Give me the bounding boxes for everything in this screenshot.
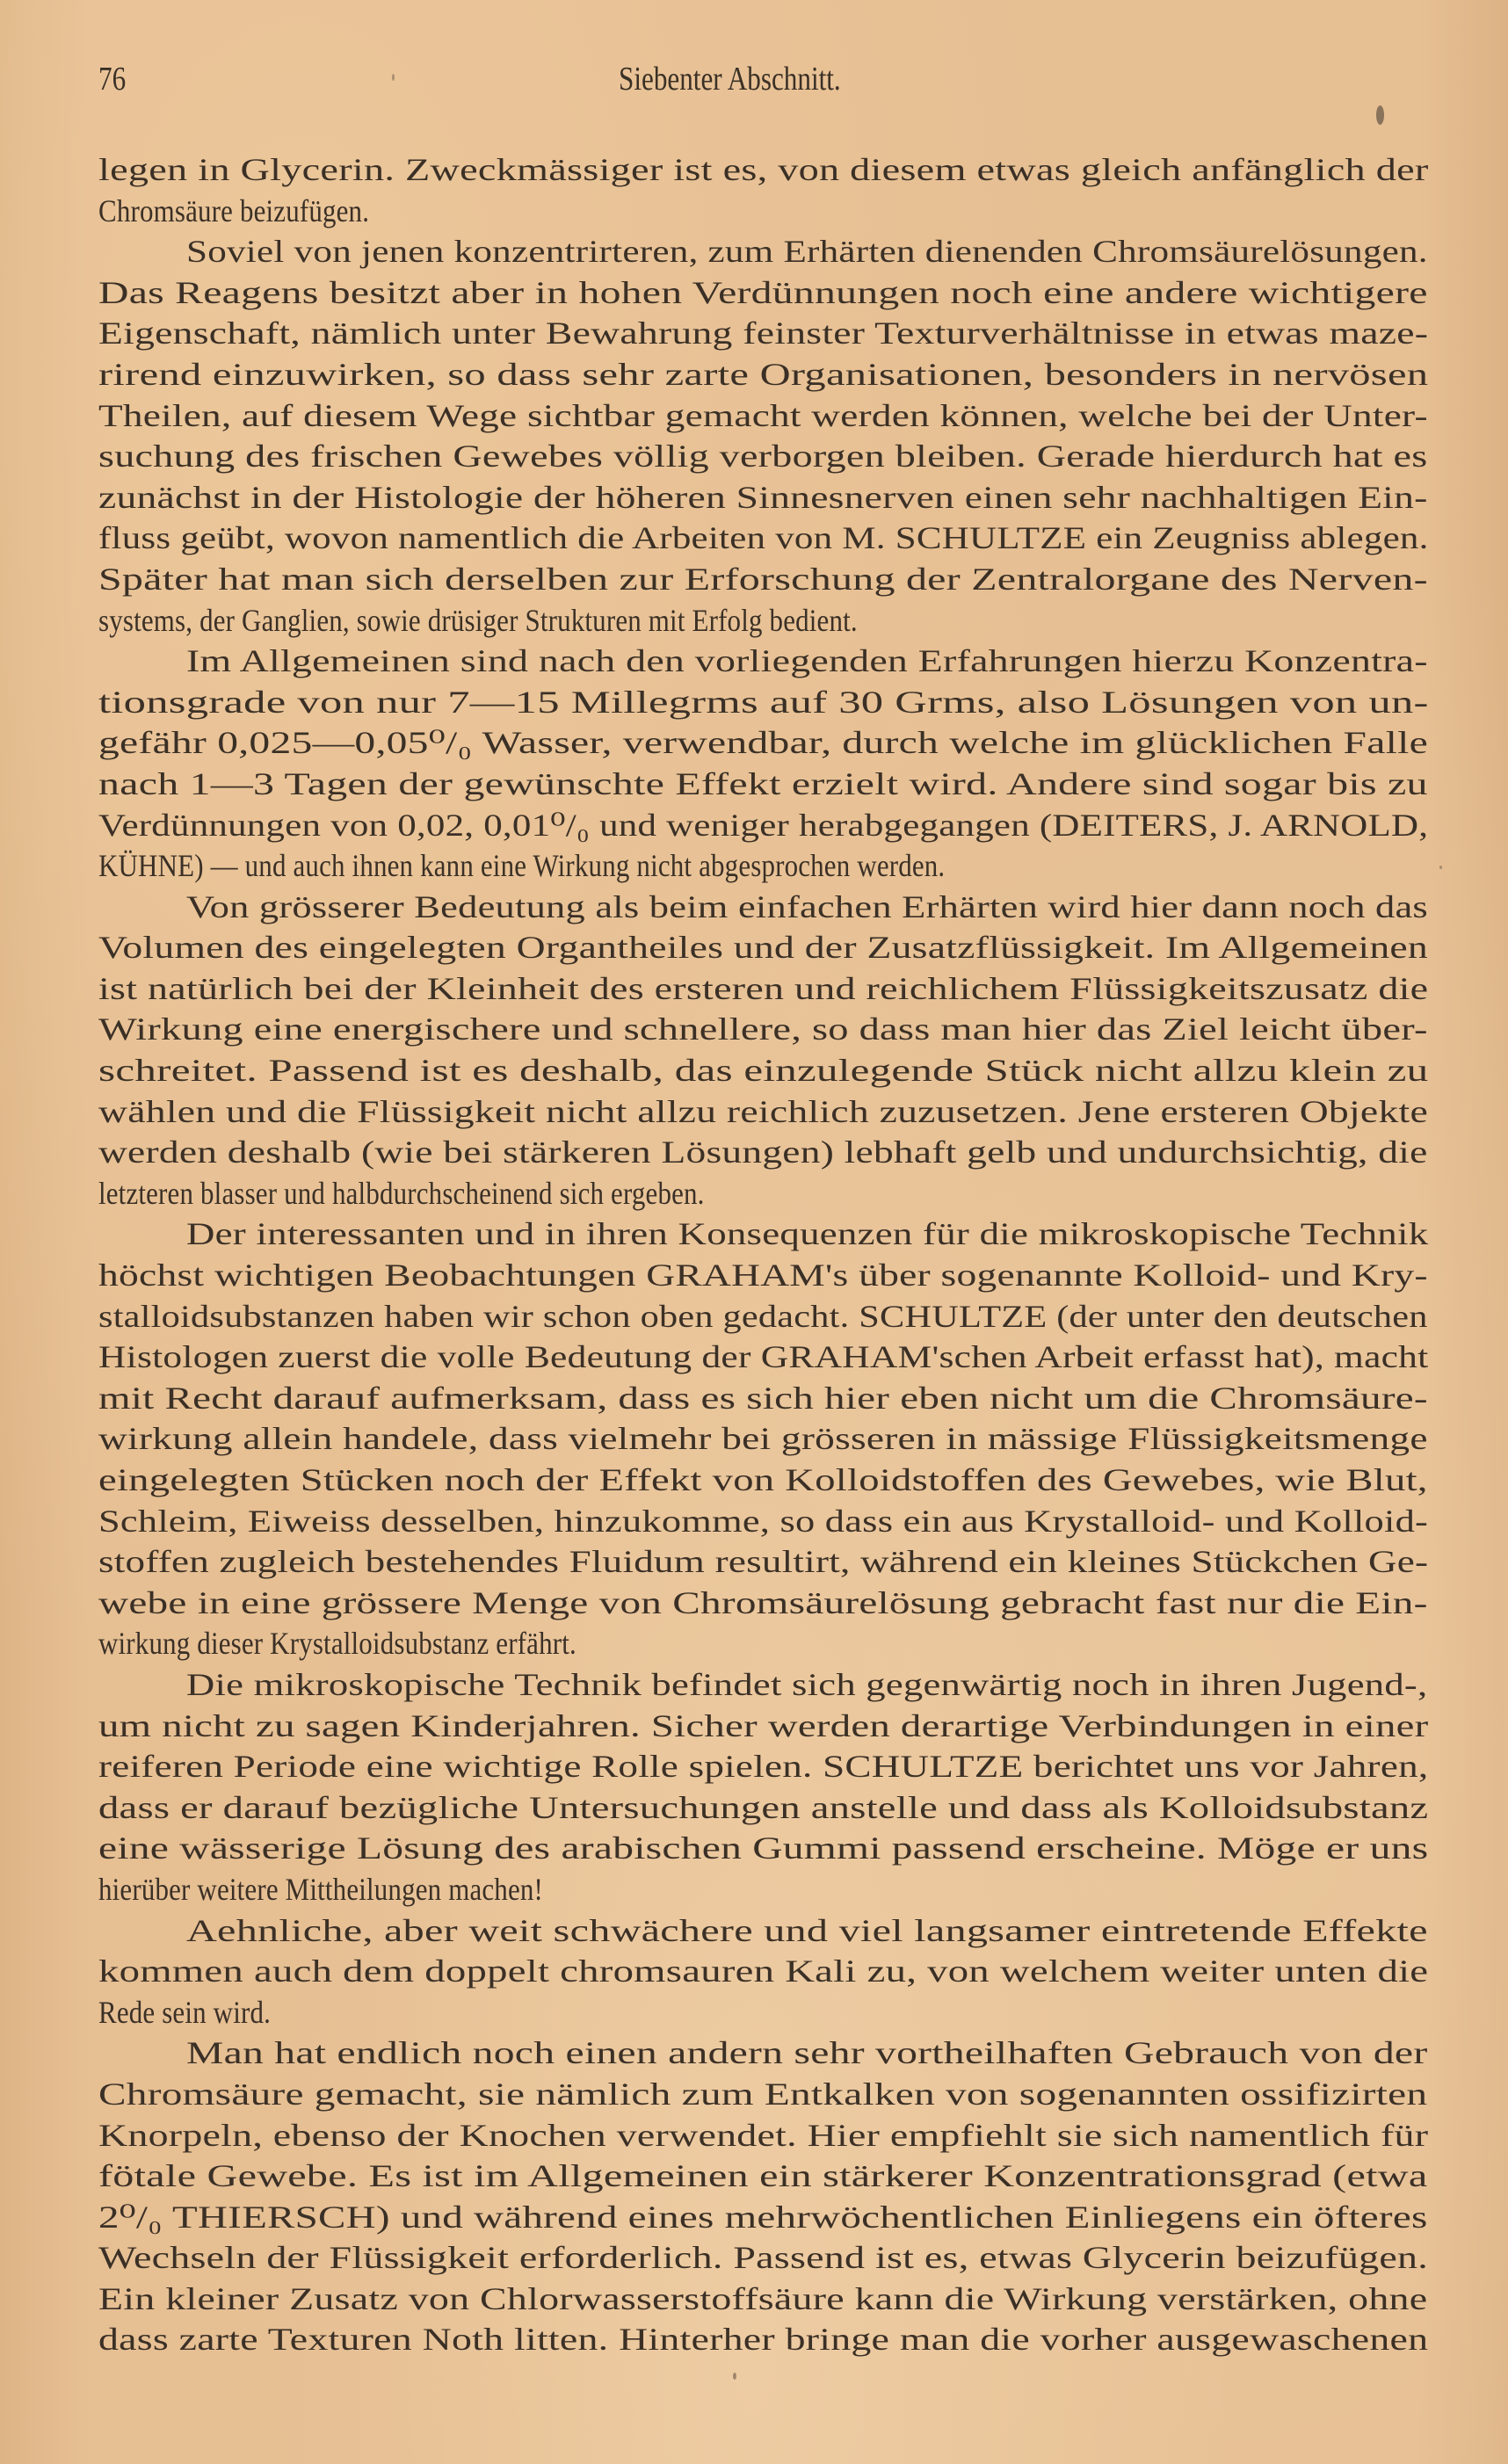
text-line: Schleim, Eiweiss desselben, hinzukomme, … [98,1501,1428,1542]
text-line: rirend einzuwirken, so dass sehr zarte O… [98,354,1428,395]
line-text: Chromsäure gemacht, sie nämlich zum Entk… [98,2074,1427,2115]
line-text: tionsgrade von nur 7—15 Millegrms auf 30… [98,682,1429,723]
line-text: dass er darauf bezügliche Untersuchungen… [98,1787,1428,1829]
text-line: Verdünnungen von 0,02, 0,01⁰/₀ und wenig… [98,805,1428,846]
running-head: 76 Siebenter Abschnitt. [98,60,1425,104]
line-text: systems, der Ganglien, sowie drüsiger St… [98,600,858,641]
text-line: fluss geübt, wovon namentlich die Arbeit… [98,518,1428,559]
line-text: Volumen des eingelegten Organtheiles und… [98,927,1428,968]
text-line: Theilen, auf diesem Wege sichtbar gemach… [98,395,1428,437]
text-line: Wechseln der Flüssigkeit erforderlich. P… [98,2237,1428,2279]
text-line: zunächst in der Histologie der höheren S… [98,477,1428,518]
paragraph-first-line: Man hat endlich noch einen andern sehr v… [98,2033,1428,2074]
line-text: Rede sein wird. [98,1992,271,2033]
text-line: ist natürlich bei der Kleinheit des erst… [98,968,1428,1010]
line-text: dass zarte Texturen Noth litten. Hinterh… [98,2319,1428,2360]
line-text: Eigenschaft, nämlich unter Bewahrung fei… [98,313,1428,354]
line-text: Von grösserer Bedeutung als beim einfach… [186,887,1428,928]
text-line: eine wässerige Lösung des arabischen Gum… [98,1828,1428,1869]
text-line: mit Recht darauf aufmerksam, dass es sic… [98,1378,1428,1419]
text-line: Chromsäure beizufügen. [98,191,1428,232]
line-text: Chromsäure beizufügen. [98,191,369,232]
text-line: Histologen zuerst die volle Bedeutung de… [98,1337,1428,1378]
text-line: gefähr 0,025—0,05⁰/₀ Wasser, verwendbar,… [98,722,1428,764]
text-line: Das Reagens besitzt aber in hohen Verdün… [98,272,1428,314]
line-text: suchung des frischen Gewebes völlig verb… [98,436,1427,477]
text-line: Eigenschaft, nämlich unter Bewahrung fei… [98,313,1428,354]
line-text: fötale Gewebe. Es ist im Allgemeinen ein… [98,2156,1427,2197]
text-line: dass zarte Texturen Noth litten. Hinterh… [98,2319,1428,2360]
paragraph-first-line: Von grösserer Bedeutung als beim einfach… [98,887,1428,928]
text-line: wählen und die Flüssigkeit nicht allzu r… [98,1091,1428,1133]
line-text: legen in Glycerin. Zweckmässiger ist es,… [98,149,1429,191]
line-text: fluss geübt, wovon namentlich die Arbeit… [98,518,1429,559]
text-line: webe in eine grössere Menge von Chromsäu… [98,1583,1428,1624]
text-line: legen in Glycerin. Zweckmässiger ist es,… [98,149,1428,191]
text-line: letzteren blasser und halbdurchscheinend… [98,1173,1428,1214]
text-line: Rede sein wird. [98,1992,1428,2033]
line-text: Später hat man sich derselben zur Erfors… [98,559,1428,600]
paragraph-first-line: Aehnliche, aber weit schwächere und viel… [98,1910,1428,1952]
line-text: Das Reagens besitzt aber in hohen Verdün… [98,272,1428,314]
text-line: schreitet. Passend ist es deshalb, das e… [98,1050,1428,1091]
text-line: wirkung dieser Krystalloidsubstanz erfäh… [98,1623,1428,1664]
paragraph-first-line: Soviel von jenen konzentrirteren, zum Er… [98,231,1428,272]
paper-speck [392,74,395,81]
text-line: stoffen zugleich bestehendes Fluidum res… [98,1541,1428,1583]
line-text: Der interessanten und in ihren Konsequen… [186,1214,1428,1255]
text-line: 2⁰/₀ THIERSCH) und während eines mehrwöc… [98,2197,1428,2238]
line-text: KÜHNE) — und auch ihnen kann eine Wirkun… [98,845,945,887]
line-text: stoffen zugleich bestehendes Fluidum res… [98,1541,1428,1583]
line-text: gefähr 0,025—0,05⁰/₀ Wasser, verwendbar,… [98,722,1428,764]
paragraph-first-line: Der interessanten und in ihren Konsequen… [98,1214,1428,1255]
line-text: letzteren blasser und halbdurchscheinend… [98,1173,705,1214]
line-text: Histologen zuerst die volle Bedeutung de… [98,1337,1428,1378]
book-page: 76 Siebenter Abschnitt. legen in Glyceri… [0,0,1508,2464]
line-text: wirkung allein handele, dass vielmehr be… [98,1418,1428,1460]
text-line: Volumen des eingelegten Organtheiles und… [98,927,1428,968]
line-text: schreitet. Passend ist es deshalb, das e… [98,1050,1428,1091]
line-text: Ein kleiner Zusatz von Chlorwasserstoffs… [98,2279,1427,2320]
line-text: Im Allgemeinen sind nach den vorliegende… [186,641,1428,682]
text-line: höchst wichtigen Beobachtungen GRAHAM's … [98,1255,1428,1296]
line-text: kommen auch dem doppelt chromsauren Kali… [98,1951,1428,1992]
text-line: systems, der Ganglien, sowie drüsiger St… [98,600,1428,641]
line-text: werden deshalb (wie bei stärkeren Lösung… [98,1132,1428,1173]
paragraph-first-line: Im Allgemeinen sind nach den vorliegende… [98,641,1428,682]
text-line: reiferen Periode eine wichtige Rolle spi… [98,1746,1428,1787]
line-text: Wechseln der Flüssigkeit erforderlich. P… [98,2237,1428,2279]
line-text: hierüber weitere Mittheilungen machen! [98,1869,543,1910]
text-line: dass er darauf bezügliche Untersuchungen… [98,1787,1428,1829]
line-text: zunächst in der Histologie der höheren S… [98,477,1428,518]
paragraph-first-line: Die mikroskopische Technik befindet sich… [98,1664,1428,1706]
line-text: rirend einzuwirken, so dass sehr zarte O… [98,354,1428,395]
line-text: webe in eine grössere Menge von Chromsäu… [98,1583,1428,1624]
text-line: Chromsäure gemacht, sie nämlich zum Entk… [98,2074,1428,2115]
text-line: tionsgrade von nur 7—15 Millegrms auf 30… [98,682,1428,723]
paper-speck [733,2373,736,2380]
line-text: Verdünnungen von 0,02, 0,01⁰/₀ und wenig… [98,805,1428,846]
line-text: eine wässerige Lösung des arabischen Gum… [98,1828,1428,1869]
text-line: um nicht zu sagen Kinderjahren. Sicher w… [98,1706,1428,1747]
line-text: wählen und die Flüssigkeit nicht allzu r… [98,1091,1428,1133]
text-line: stalloidsubstanzen haben wir schon oben … [98,1296,1428,1337]
line-text: höchst wichtigen Beobachtungen GRAHAM's … [98,1255,1428,1296]
line-text: ist natürlich bei der Kleinheit des erst… [98,968,1428,1010]
line-text: Theilen, auf diesem Wege sichtbar gemach… [98,395,1428,437]
line-text: Schleim, Eiweiss desselben, hinzukomme, … [98,1501,1428,1542]
text-line: eingelegten Stücken noch der Effekt von … [98,1460,1428,1501]
line-text: wirkung dieser Krystalloidsubstanz erfäh… [98,1623,576,1664]
line-text: mit Recht darauf aufmerksam, dass es sic… [98,1378,1428,1419]
text-line: hierüber weitere Mittheilungen machen! [98,1869,1428,1910]
text-line: kommen auch dem doppelt chromsauren Kali… [98,1951,1428,1992]
line-text: eingelegten Stücken noch der Effekt von … [98,1460,1428,1501]
page-number: 76 [98,60,126,98]
text-line: Ein kleiner Zusatz von Chlorwasserstoffs… [98,2279,1428,2320]
paper-speck [1439,866,1442,869]
line-text: reiferen Periode eine wichtige Rolle spi… [98,1746,1428,1787]
text-line: suchung des frischen Gewebes völlig verb… [98,436,1428,477]
text-line: nach 1—3 Tagen der gewünschte Effekt erz… [98,764,1428,805]
text-line: fötale Gewebe. Es ist im Allgemeinen ein… [98,2156,1428,2197]
line-text: Soviel von jenen konzentrirteren, zum Er… [186,231,1428,272]
text-line: KÜHNE) — und auch ihnen kann eine Wirkun… [98,845,1428,887]
line-text: Die mikroskopische Technik befindet sich… [186,1664,1427,1706]
text-line: Wirkung eine energischere und schnellere… [98,1009,1428,1050]
text-line: Später hat man sich derselben zur Erfors… [98,559,1428,600]
text-line: werden deshalb (wie bei stärkeren Lösung… [98,1132,1428,1173]
line-text: 2⁰/₀ THIERSCH) und während eines mehrwöc… [98,2197,1428,2238]
text-line: Knorpeln, ebenso der Knochen verwendet. … [98,2115,1428,2156]
line-text: stalloidsubstanzen haben wir schon oben … [98,1296,1428,1337]
line-text: nach 1—3 Tagen der gewünschte Effekt erz… [98,764,1428,805]
line-text: Wirkung eine energischere und schnellere… [98,1009,1428,1050]
line-text: Aehnliche, aber weit schwächere und viel… [186,1910,1428,1952]
line-text: um nicht zu sagen Kinderjahren. Sicher w… [98,1706,1428,1747]
section-title: Siebenter Abschnitt. [619,60,841,98]
paper-speck [1376,105,1384,125]
body-text: legen in Glycerin. Zweckmässiger ist es,… [98,149,1428,2360]
line-text: Man hat endlich noch einen andern sehr v… [186,2033,1427,2074]
line-text: Knorpeln, ebenso der Knochen verwendet. … [98,2115,1428,2156]
text-line: wirkung allein handele, dass vielmehr be… [98,1418,1428,1460]
